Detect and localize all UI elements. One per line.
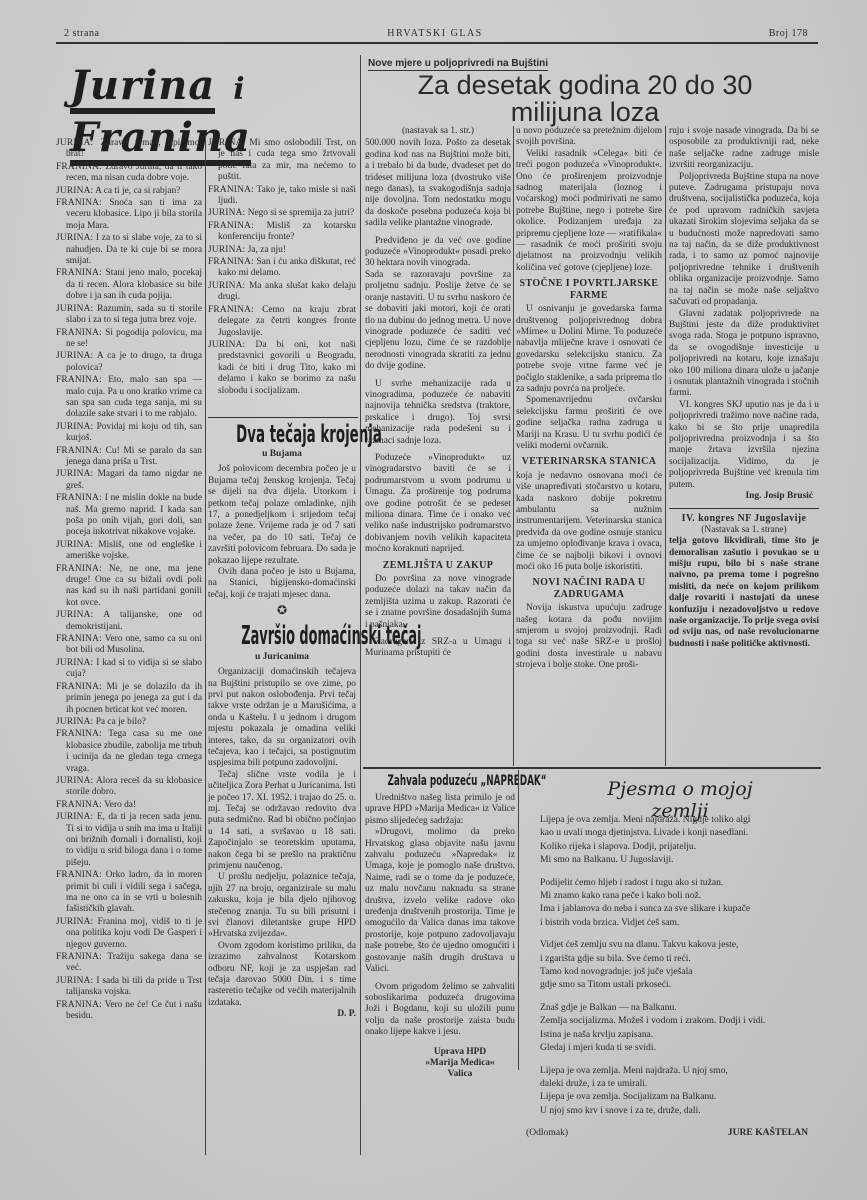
poem-line: Podijelit ćemo hljeb i radost i tugu ako… <box>540 876 830 889</box>
signature-line: Uprava HPD <box>405 1047 515 1058</box>
column-divider <box>513 126 514 766</box>
column-divider <box>665 126 666 766</box>
dialogue-line: JURINA: E, da ti ja recen sada jenu. Ti … <box>56 812 202 869</box>
speaker-name: JURINA: <box>208 208 245 218</box>
poem-stanza: Lijepa je ova zemlja. Meni najdraža. Nig… <box>540 813 830 867</box>
dialogue-line: JURINA: A talijanske, one od demokristij… <box>56 610 202 633</box>
paragraph: Organizaciji domaćinskih tečajeva na Buj… <box>208 667 356 770</box>
dialogue-line: FRANINA: Mi je se dolazilo da ih primin … <box>56 682 202 716</box>
paragraph: Poljoprivreda Bujštine stupa na nove put… <box>669 172 819 309</box>
poem-line: Gledaj i mjeri kuda ti se svidi. <box>540 1041 830 1054</box>
article-subtitle: u Juricanima <box>208 652 356 663</box>
newspaper-name: HRVATSKI GLAS <box>56 28 814 39</box>
column-divider <box>360 55 361 1155</box>
paragraph: Ovom prigodom želimo se zahvaliti sobosl… <box>365 982 515 1039</box>
running-header: 2 strana HRVATSKI GLAS Broj 178 <box>56 26 814 42</box>
poem-stanza: Vidjet ćeš zemlju svu na dlanu. Takvu ka… <box>540 938 830 992</box>
speaker-name: FRANINA: <box>56 328 102 338</box>
dialogue-line: JURINA: Alora receš da su klobasice stor… <box>56 776 202 799</box>
article-title: Zahvala poduzeću „NAPREDAK“ <box>388 772 493 790</box>
dialogue-line: JURINA: Da bi oni, kot naši predstavnici… <box>208 340 356 397</box>
speaker-name: JURINA: <box>56 540 93 550</box>
poem-note: (Odlomak) <box>526 1126 568 1139</box>
dialogue-line: JURINA: Mi smo oslobodili Trst, on je na… <box>208 138 356 184</box>
speaker-name: JURINA: <box>56 304 93 314</box>
dialogue-line: JURINA: Magari da tamo nigdar ne greš. <box>56 469 202 492</box>
poem-line: Tamo kod novogradnje: još juče vješala <box>540 965 830 978</box>
poem-line: i zgarišta gdje su bila. Sve ćemo ti reć… <box>540 952 830 965</box>
section-divider <box>363 767 821 769</box>
poem-line: Lijepa je ova zemlja. Meni najdraža. Nig… <box>540 813 830 826</box>
poem-footer: (Odlomak)JURE KAŠTELAN <box>526 1126 830 1139</box>
dialogue-line: FRANINA: Si pogodija polovicu, ma ne se! <box>56 328 202 351</box>
speaker-name: JURINA: <box>56 812 93 822</box>
speaker-name: FRANINA: <box>56 446 102 456</box>
dialogue-line: JURINA: Ja, za nju! <box>208 245 356 256</box>
speaker-name: FRANINA: <box>56 634 102 644</box>
paragraph: U prošlu nedjelju, polaznice tečaja, nji… <box>208 872 356 940</box>
section-divider <box>669 508 819 509</box>
main-article-column-1: (nastavak sa 1. str.) 500.000 novih loza… <box>365 126 511 660</box>
dialogue-line: JURINA: A ca ti je, ca si rabjan? <box>56 186 202 197</box>
signature-line: »Marija Medica« <box>405 1058 515 1069</box>
dialogue-line: FRANINA: I ne mislin dokle na bude naš. … <box>56 493 202 539</box>
section-heading: NOVI NAČINI RADA U ZADRUGAMA <box>516 577 662 600</box>
signature-line: Valica <box>405 1069 515 1080</box>
speaker-name: JURINA: <box>56 138 93 148</box>
dialogue-line: FRANINA: Snoća san ti ima za veceru klob… <box>56 198 202 232</box>
poem-line: dalekі druže, i za te umirali. <box>540 1077 830 1090</box>
continued-note: (nastavak sa 1. str.) <box>365 126 511 137</box>
section-divider <box>208 417 358 418</box>
star-ornament-icon: ✪ <box>208 605 356 616</box>
column-divider <box>205 135 206 1155</box>
dialogue-line: JURINA: A ca je to drugo, ta druga polov… <box>56 351 202 374</box>
poem-line: i bistrih voda brzica. Vidjet ćeš sam. <box>540 916 830 929</box>
paragraph: Novija iskustva upućuju zadruge našeg ko… <box>516 603 662 671</box>
dialogue-line: JURINA: Nego si se spremija za jutri? <box>208 208 356 219</box>
poem-line: Ima i jablanova do neba i sunca za sve s… <box>540 902 830 915</box>
dialogue-line: FRANINA: Tražiju sakega dana se već. <box>56 952 202 975</box>
paragraph: Do površina za nove vinograde poduzeće d… <box>365 574 511 631</box>
paragraph: Glavni zadatak poljoprivrede na Bujštini… <box>669 309 819 400</box>
speaker-name: FRANINA: <box>56 493 102 503</box>
speaker-name: FRANINA: <box>56 952 102 962</box>
signature: D. P. <box>208 1009 356 1020</box>
poem-line: Mi znamo kako rana peče i kako boli nož. <box>540 889 830 902</box>
poem-line: Mi smo na Balkanu. U Jugoslaviji. <box>540 853 830 866</box>
column-divider <box>518 770 519 1070</box>
article-title: Završio domaćinski tečaj <box>241 621 322 651</box>
dialogue-line: JURINA: Razumin, sada su ti storile slab… <box>56 304 202 327</box>
dialogue-line: FRANINA: Vero one, samo ca su oni bot bi… <box>56 634 202 657</box>
title-i: i <box>233 70 245 112</box>
paragraph: Još polovicom decembra počeo je u Bujama… <box>208 464 356 567</box>
dialogue-line: FRANINA: Vero da! <box>56 800 202 811</box>
speaker-name: FRANINA: <box>56 198 102 208</box>
speaker-name: FRANINA: <box>208 185 254 195</box>
paragraph: Poduzeće »Vinoprodukt« uz vinogradarstvo… <box>365 453 511 556</box>
paragraph: koja je nedavno osnovana moći će više un… <box>516 471 662 574</box>
jurina-franina-column-1: JURINA: Zdravo zrman, lipi moj brat!FRAN… <box>56 138 202 1023</box>
header-rule <box>56 42 818 44</box>
poem-line: Vidjet ćeš zemlju svu na dlanu. Takvu ka… <box>540 938 830 951</box>
paragraph: U svrhe mehanizacije rada u vinogradima,… <box>365 379 511 447</box>
speaker-name: FRANINA: <box>56 268 102 278</box>
speaker-name: FRANINA: <box>56 1000 102 1010</box>
paragraph: telja gotovo likvidirali, time što je de… <box>669 536 819 650</box>
headline-line-2: milijuna loza <box>370 99 800 126</box>
article-zahvala: Zahvala poduzeću „NAPREDAK“ Uredništvo n… <box>365 772 515 1081</box>
speaker-name: JURINA: <box>56 469 93 479</box>
paragraph: Uredništvo našeg lista primilo je od upr… <box>365 793 515 827</box>
main-article-column-2: u novo poduzeće sa pretežnim dijelom svo… <box>516 126 662 672</box>
poem-author: JURE KAŠTELAN <box>728 1126 808 1139</box>
paragraph: »Drugovi, molimo da preko Hrvatskog glas… <box>365 827 515 975</box>
main-headline: Za desetak godina 20 do 30 milijuna loza <box>370 72 800 126</box>
dialogue-line: FRANINA: Stani jeno malo, pocekaj da ti … <box>56 268 202 302</box>
paragraph: Veliki rasadnik »Celega« biti će treći p… <box>516 149 662 274</box>
paragraph: Spomenavrijednu ovčarsku selekcijsku far… <box>516 395 662 452</box>
speaker-name: JURINA: <box>208 245 245 255</box>
dialogue-line: JURINA: I kad si to vidija si se slabo c… <box>56 658 202 681</box>
poem-line: Koliko rijeka i slapova. Dodji, prijatel… <box>540 840 830 853</box>
speaker-name: JURINA: <box>56 776 93 786</box>
dialogue-line: FRANINA: Tega casa su me one klobasice z… <box>56 729 202 775</box>
speaker-name: FRANINA: <box>56 564 102 574</box>
dialogue-line: JURINA: Franina moj, vidiš to ti je ona … <box>56 917 202 951</box>
dialogue-line: FRANINA: Ne, ne one, ma jene druge! One … <box>56 564 202 610</box>
speaker-name: JURINA: <box>56 976 93 986</box>
dialogue-text: Pa ca je bilo? <box>96 717 146 727</box>
speaker-name: JURINA: <box>56 351 93 361</box>
poem: Lijepa je ova zemlja. Meni najdraža. Nig… <box>540 813 830 1140</box>
paragraph: Ovih dana počeo je isto u Bujama, na Sta… <box>208 567 356 601</box>
newspaper-page: 2 strana HRVATSKI GLAS Broj 178 JurinaiF… <box>0 0 867 1200</box>
speaker-name: JURINA: <box>208 340 245 350</box>
dialogue-text: Ja, za nju! <box>248 245 286 255</box>
section-heading: ZEMLJIŠTA U ZAKUP <box>365 560 511 571</box>
speaker-name: FRANINA: <box>56 375 102 385</box>
dialogue-line: FRANINA: Misliš za kotarsku konferenciju… <box>208 221 356 244</box>
paragraph: 500.000 novih loza. Pošto za desetak god… <box>365 138 511 229</box>
speaker-name: JURINA: <box>56 917 93 927</box>
dialogue-line: FRANINA: Vero ne će! Ce čut i našu besid… <box>56 1000 202 1023</box>
poem-line: kao u uvali moga djetinjstva. Livade i k… <box>540 826 830 839</box>
poem-line: Lijepa je ova zemlja. Meni najdraža. U n… <box>540 1064 830 1077</box>
title-jurina: Jurina <box>70 66 215 114</box>
dialogue-line: FRANINA: Tako je, tako misle si naši lju… <box>208 185 356 208</box>
jurina-franina-title: JurinaiFranina <box>70 62 345 122</box>
article-title: IV. kongres NF Jugoslavije <box>669 513 819 524</box>
poem-stanza: Znaš gdje je Balkan — na Balkanu.Zemlja … <box>540 1001 830 1055</box>
paragraph: ruju i svoje nasade vinograda. Da bi se … <box>669 126 819 172</box>
speaker-name: FRANINA: <box>56 162 102 172</box>
dialogue-text: A ca ti je, ca si rabjan? <box>95 186 180 196</box>
article-subtitle: (Nastavak sa 1. strane) <box>669 525 819 536</box>
paragraph: Predviđeno je da već ove godine poduzeće… <box>365 236 511 270</box>
speaker-name: JURINA: <box>56 233 93 243</box>
paragraph: Zadrugari iz SRZ-a u Umagu i Murinama pr… <box>365 637 511 660</box>
dialogue-line: JURINA: I za to si slabe voje, za to si … <box>56 233 202 267</box>
poem-line: Znaš gdje je Balkan — na Balkanu. <box>540 1001 830 1014</box>
article-subtitle: u Bujama <box>208 449 356 460</box>
paragraph: VI. kongres SKJ uputio nas je da i u pol… <box>669 400 819 491</box>
dialogue-line: JURINA: Ma anka slušat kako delaju drugi… <box>208 281 356 304</box>
speaker-name: JURINA: <box>208 281 245 291</box>
speaker-name: JURINA: <box>56 422 93 432</box>
section-heading: STOČNE I POVRTLJARSKE FARME <box>516 278 662 301</box>
dialogue-line: FRANINA: Eto, malo san spa — malo cuja. … <box>56 375 202 421</box>
speaker-name: FRANINA: <box>56 682 102 692</box>
dialogue-line: FRANINA: San i ću anka diškutat, reć kak… <box>208 257 356 280</box>
main-article-column-3: ruju i svoje nasade vinograda. Da bi se … <box>669 126 819 650</box>
dialogue-line: FRANINA: Cu! Mi se paralo da san jenega … <box>56 446 202 469</box>
poem-line: gdje smo sa Titom ustali prkoseći. <box>540 978 830 991</box>
dialogue-line: JURINA: Povidaj mi koju od tih, san kurj… <box>56 422 202 445</box>
article-title: Dva tečaja krojenja <box>236 420 328 448</box>
speaker-name: FRANINA: <box>56 870 102 880</box>
poem-stanza: Podijelit ćemo hljeb i radost i tugu ako… <box>540 876 830 930</box>
speaker-name: FRANINA: <box>56 729 102 739</box>
paragraph: Ovom zgodom koristimo priliku, da izrazi… <box>208 941 356 1009</box>
dialogue-text: Nego si se spremija za jutri? <box>248 208 354 218</box>
dialogue-line: JURINA: Pa ca je bilo? <box>56 717 202 728</box>
issue-number: Broj 178 <box>769 28 808 39</box>
article-dva-tecaja: Dva tečaja krojenja u Bujama Još polovic… <box>208 420 356 1021</box>
dialogue-line: JURINA: I sada bi tili da pride u Trst t… <box>56 976 202 999</box>
paragraph: U osnivanju je govedarska farma društven… <box>516 304 662 395</box>
poem-line: Istina je naša krvlju zapisana. <box>540 1028 830 1041</box>
speaker-name: FRANINA: <box>208 221 254 231</box>
speaker-name: JURINA: <box>56 186 93 196</box>
poem-line: Zemlja socijalizma. Možeš i vodom i zrak… <box>540 1014 830 1027</box>
poem-line: U njoj smo krv i snove i za te, druže, d… <box>540 1104 830 1117</box>
poem-stanza: Lijepa je ova zemlja. Meni najdraža. U n… <box>540 1064 830 1118</box>
dialogue-line: FRANINA: Orko ladro, da in moren primit … <box>56 870 202 916</box>
speaker-name: JURINA: <box>56 658 93 668</box>
signature: Ing. Josip Brusić <box>669 491 819 502</box>
paragraph: u novo poduzeće sa pretežnim dijelom svo… <box>516 126 662 149</box>
speaker-name: JURINA: <box>208 138 245 148</box>
poem-line: Lijepa je ova zemlja. Socijalizam na Bal… <box>540 1090 830 1103</box>
speaker-name: FRANINA: <box>56 800 102 810</box>
jurina-franina-column-2: JURINA: Mi smo oslobodili Trst, on je na… <box>208 138 356 398</box>
dialogue-line: JURINA: Zdravo zrman, lipi moj brat! <box>56 138 202 161</box>
dialogue-line: JURINA: Misliš, one od engleške i ameriš… <box>56 540 202 563</box>
headline-line-1: Za desetak godina 20 do 30 <box>370 72 800 99</box>
dialogue-line: FRANINA: Zdravo Jurina, da ti tako recen… <box>56 162 202 185</box>
speaker-name: FRANINA: <box>208 305 254 315</box>
paragraph: Tečaj slične vrste vodila je i učiteljic… <box>208 770 356 873</box>
speaker-name: JURINA: <box>56 717 93 727</box>
dialogue-text: Vero da! <box>104 800 136 810</box>
paragraph: Sada se razoravaju površine za proljetnu… <box>365 270 511 373</box>
section-heading: VETERINARSKA STANICA <box>516 456 662 467</box>
signature: Uprava HPD »Marija Medica« Valica <box>365 1047 515 1081</box>
dialogue-line: FRANINA: Cemo na kraju zbrat delegate za… <box>208 305 356 339</box>
speaker-name: JURINA: <box>56 610 93 620</box>
speaker-name: FRANINA: <box>208 257 254 267</box>
